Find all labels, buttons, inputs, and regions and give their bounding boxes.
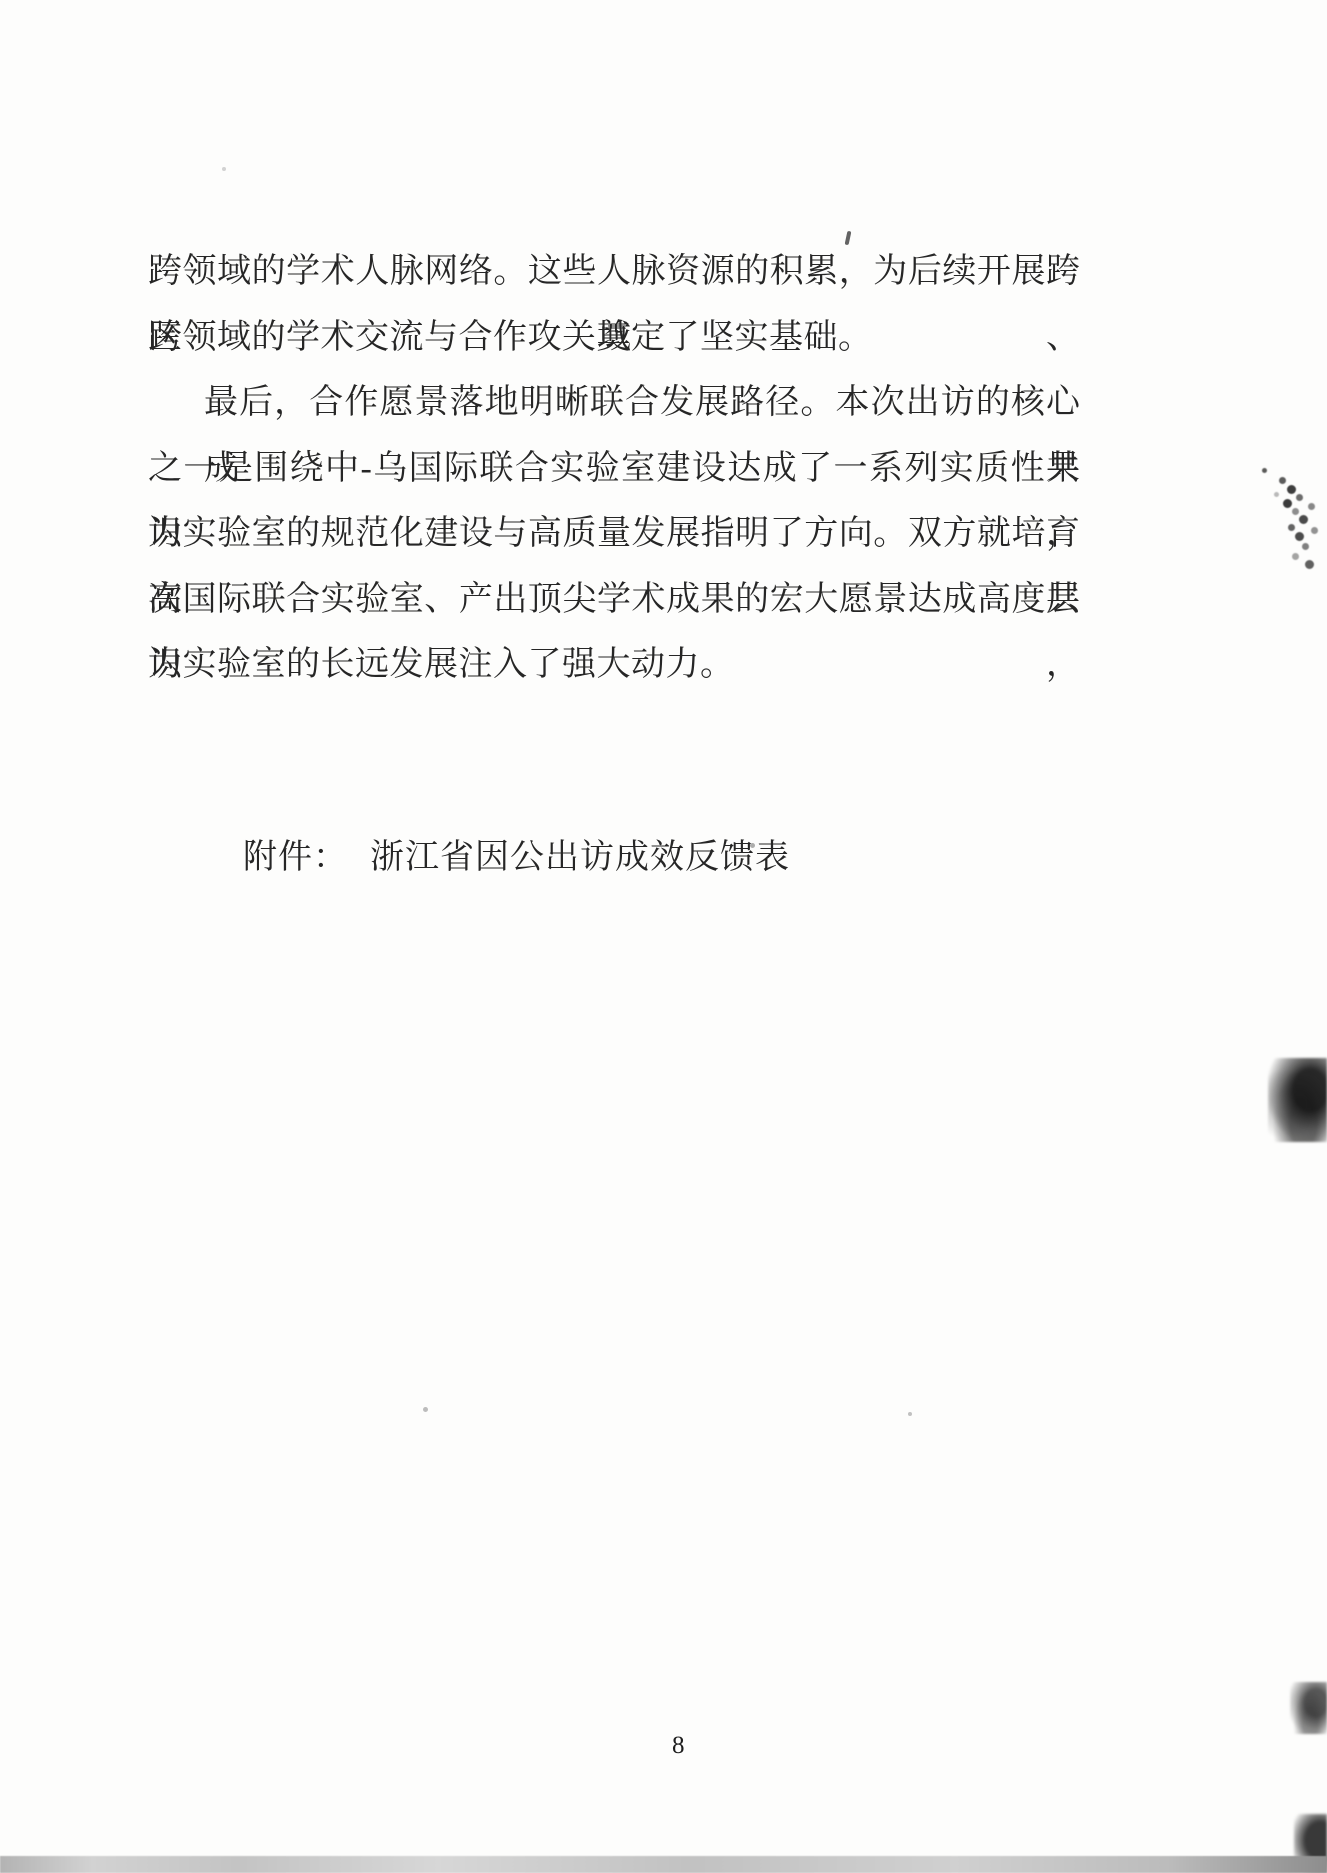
document-page: 跨领域的学术人脉网络。这些人脉资源的积累，为后续开展跨区域、跨领域的学术交流与合…: [0, 0, 1327, 1873]
text-line: 跨领域的学术人脉网络。这些人脉资源的积累，为后续开展跨区域、: [148, 239, 1080, 305]
attachment-title: 浙江省因公出访成效反馈表: [370, 825, 790, 890]
scan-speck: [423, 1407, 428, 1412]
scan-ink-speckles: [1262, 468, 1267, 473]
text-line: 最后，合作愿景落地明晰联合发展路径。本次出访的核心成果: [148, 370, 1080, 436]
text-line: 次国际联合实验室、产出顶尖学术成果的宏大愿景达成高度共识，: [148, 567, 1080, 633]
scan-smudge-right-lower: [1290, 1682, 1327, 1734]
scan-smudge-right-middle: [1268, 1058, 1327, 1142]
attachment-label: 附件：: [243, 825, 348, 890]
page-number: 8: [672, 1732, 685, 1760]
body-text: 跨领域的学术人脉网络。这些人脉资源的积累，为后续开展跨区域、跨领域的学术交流与合…: [148, 239, 1080, 698]
text-line: 为实验室的规范化建设与高质量发展指明了方向。双方就培育高层: [148, 501, 1080, 567]
attachment-line: 附件： 浙江省因公出访成效反馈表: [243, 825, 790, 890]
scan-speck: [908, 1412, 912, 1416]
text-line: 之一是围绕中-乌国际联合实验室建设达成了一系列实质性共识，: [148, 436, 1080, 502]
scan-speck: [222, 167, 226, 171]
scan-edge-shadow: [0, 1856, 1327, 1873]
